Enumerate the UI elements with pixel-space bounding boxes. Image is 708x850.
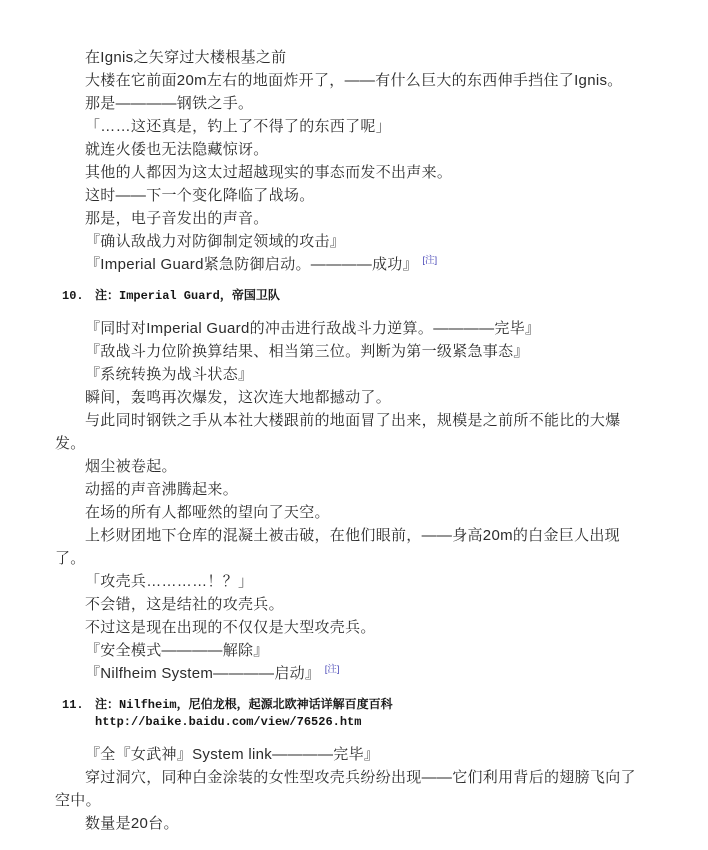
system-message: 『同时对Imperial Guard的冲击进行敌战斗力逆算。————完毕』 bbox=[55, 317, 648, 340]
system-message: 『Imperial Guard紧急防御启动。————成功』 [注] bbox=[55, 253, 648, 276]
footnote-11: 11. 注：Nilfheim，尼伯龙根，起源北欧神话详解百度百科 http://… bbox=[62, 697, 648, 731]
paragraph: 其他的人都因为这太过超越现实的事态而发不出声来。 bbox=[55, 161, 648, 184]
footnote-url: http://baike.baidu.com/view/76526.htm bbox=[95, 714, 648, 731]
paragraph: 不过这是现在出现的不仅仅是大型攻壳兵。 bbox=[55, 616, 648, 639]
dialogue-paragraph: 「……这还真是，钓上了不得了的东西了呢」 bbox=[55, 115, 648, 138]
paragraph: 与此同时钢铁之手从本社大楼跟前的地面冒了出来，规模是之前所不能比的大爆发。 bbox=[55, 409, 648, 455]
paragraph: 瞬间，轰鸣再次爆发，这次连大地都撼动了。 bbox=[55, 386, 648, 409]
paragraph: 就连火倭也无法隐藏惊讶。 bbox=[55, 138, 648, 161]
paragraph: 这时——下一个变化降临了战场。 bbox=[55, 184, 648, 207]
paragraph: 在Ignis之矢穿过大楼根基之前 bbox=[55, 46, 648, 69]
paragraph: 烟尘被卷起。 bbox=[55, 455, 648, 478]
paragraph: 数量是20台。 bbox=[55, 812, 648, 835]
paragraph: 动摇的声音沸腾起来。 bbox=[55, 478, 648, 501]
document-page: 在Ignis之矢穿过大楼根基之前 大楼在它前面20m左右的地面炸开了，——有什么… bbox=[0, 0, 708, 850]
paragraph: 那是————钢铁之手。 bbox=[55, 92, 648, 115]
system-message: 『确认敌战力对防御制定领域的攻击』 bbox=[55, 230, 648, 253]
system-message: 『全『女武神』System link————完毕』 bbox=[55, 743, 648, 766]
footnote-number: 10. bbox=[62, 288, 88, 305]
system-message: 『系统转换为战斗状态』 bbox=[55, 363, 648, 386]
footnote-ref-link[interactable]: [注] bbox=[325, 664, 340, 675]
paragraph: 那是，电子音发出的声音。 bbox=[55, 207, 648, 230]
system-message: 『Nilfheim System————启动』 [注] bbox=[55, 662, 648, 685]
paragraph: 上杉财团地下仓库的混凝土被击破，在他们眼前，——身高20m的白金巨人出现了。 bbox=[55, 524, 648, 570]
paragraph: 在场的所有人都哑然的望向了天空。 bbox=[55, 501, 648, 524]
paragraph: 穿过洞穴，同种白金涂装的女性型攻壳兵纷纷出现——它们利用背后的翅膀飞向了空中。 bbox=[55, 766, 648, 812]
system-message: 『敌战斗力位阶换算结果、相当第三位。判断为第一级紧急事态』 bbox=[55, 340, 648, 363]
footnote-ref-link[interactable]: [注] bbox=[422, 255, 437, 266]
system-message-text: 『Nilfheim System————启动』 bbox=[85, 665, 320, 682]
footnote-text: 注：Imperial Guard，帝国卫队 bbox=[95, 288, 648, 305]
paragraph: 不会错，这是结社的攻壳兵。 bbox=[55, 593, 648, 616]
dialogue-paragraph: 「攻壳兵…………！？」 bbox=[55, 570, 648, 593]
footnote-number: 11. bbox=[62, 697, 88, 731]
footnote-text: 注：Nilfheim，尼伯龙根，起源北欧神话详解百度百科 bbox=[95, 697, 648, 714]
footnote-10: 10. 注：Imperial Guard，帝国卫队 bbox=[62, 288, 648, 305]
paragraph: 大楼在它前面20m左右的地面炸开了，——有什么巨大的东西伸手挡住了Ignis。 bbox=[55, 69, 648, 92]
system-message: 『安全模式————解除』 bbox=[55, 639, 648, 662]
system-message-text: 『Imperial Guard紧急防御启动。————成功』 bbox=[85, 256, 418, 273]
